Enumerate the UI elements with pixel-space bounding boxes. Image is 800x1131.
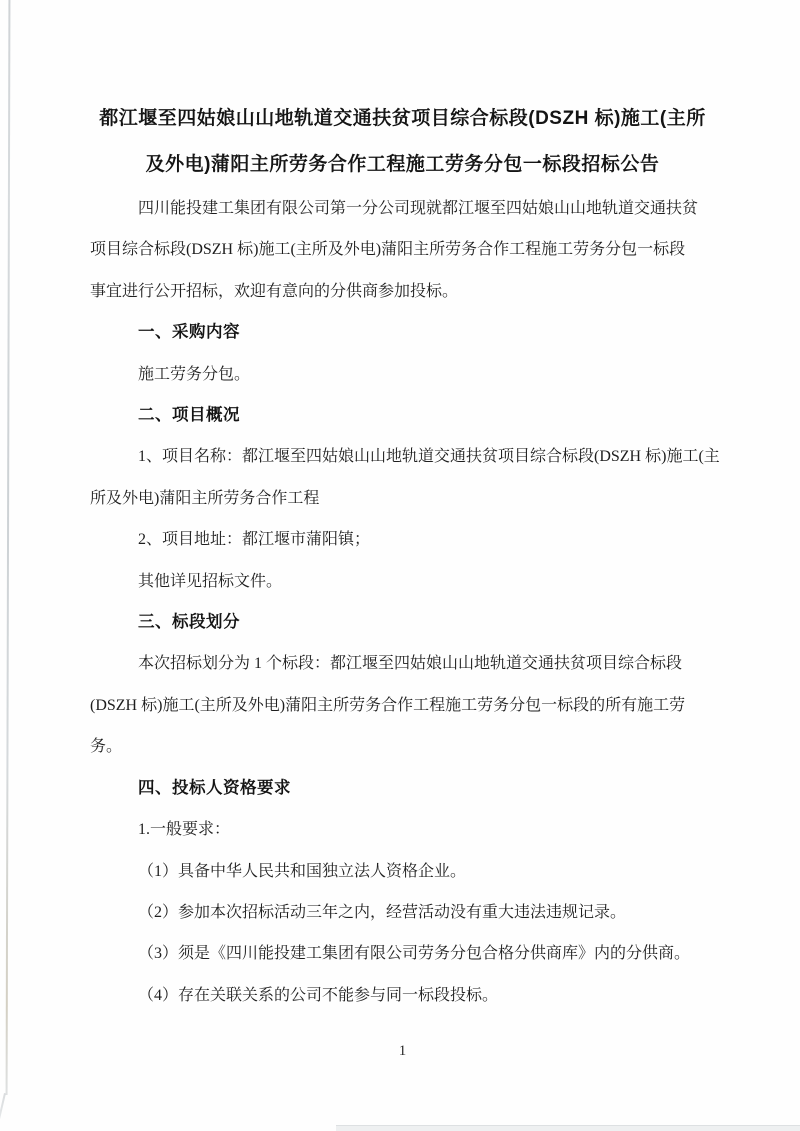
intro-line-3: 事宜进行公开招标，欢迎有意向的分供商参加投标。 [90,271,715,312]
division-line-1: 本次招标划分为 1 个标段：都江堰至四姑娘山山地轨道交通扶贫项目综合标段 [90,643,715,684]
page-footer: 1 [90,1042,715,1060]
project-name-line-1: 1、项目名称：都江堰至四姑娘山山地轨道交通扶贫项目综合标段(DSZH 标)施工(… [90,436,715,477]
requirement-4: （4）存在关联关系的公司不能参与同一标段投标。 [90,975,715,1016]
title-line-1: 都江堰至四姑娘山山地轨道交通扶贫项目综合标段(DSZH 标)施工(主所 [90,96,715,142]
intro-line-1: 四川能投建工集团有限公司第一分公司现就都江堰至四姑娘山山地轨道交通扶贫 [90,188,715,229]
section-3-heading: 三、标段划分 [90,602,715,643]
section-2-heading: 二、项目概况 [90,395,715,436]
title-line-2: 及外电)蒲阳主所劳务合作工程施工劳务分包一标段招标公告 [90,142,715,188]
section-1-heading: 一、采购内容 [90,312,715,353]
document-title: 都江堰至四姑娘山山地轨道交通扶贫项目综合标段(DSZH 标)施工(主所 及外电)… [90,96,715,188]
requirement-1: （1）具备中华人民共和国独立法人资格企业。 [90,851,715,892]
page-number: 1 [399,1043,407,1059]
section-1-body: 施工劳务分包。 [90,354,715,395]
scan-artifact-bottom-strip [336,1125,800,1131]
scanned-document-page: 都江堰至四姑娘山山地轨道交通扶贫项目综合标段(DSZH 标)施工(主所 及外电)… [0,0,800,1131]
scan-artifact-bottom-curve [0,1093,6,1131]
section-4-heading: 四、投标人资格要求 [90,768,715,809]
division-line-3: 务。 [90,726,715,767]
scan-artifact-left-line [6,0,11,1095]
requirement-3: （3）须是《四川能投建工集团有限公司劳务分包合格分供商库》内的分供商。 [90,933,715,974]
project-name-line-2: 所及外电)蒲阳主所劳务合作工程 [90,478,715,519]
document-content: 都江堰至四姑娘山山地轨道交通扶贫项目综合标段(DSZH 标)施工(主所 及外电)… [90,0,715,1016]
intro-line-2: 项目综合标段(DSZH 标)施工(主所及外电)蒲阳主所劳务合作工程施工劳务分包一… [90,229,715,270]
general-requirements-label: 1.一般要求： [90,809,715,850]
project-other: 其他详见招标文件。 [90,561,715,602]
project-address: 2、项目地址：都江堰市蒲阳镇； [90,519,715,560]
division-line-2: (DSZH 标)施工(主所及外电)蒲阳主所劳务合作工程施工劳务分包一标段的所有施… [90,685,715,726]
document-body: 四川能投建工集团有限公司第一分公司现就都江堰至四姑娘山山地轨道交通扶贫 项目综合… [90,188,715,1016]
requirement-2: （2）参加本次招标活动三年之内，经营活动没有重大违法违规记录。 [90,892,715,933]
